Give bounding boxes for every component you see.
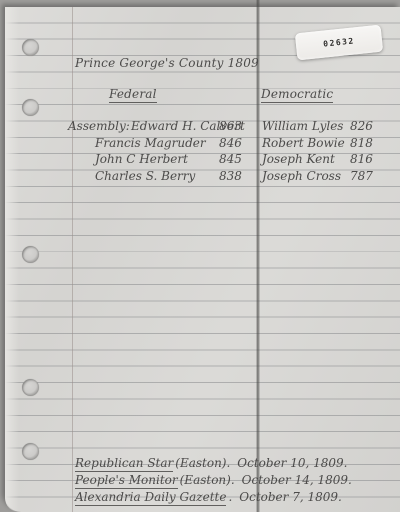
result-row: Assembly: Edward H. Calvert 863 William … (0, 119, 400, 136)
democratic-votes: 816 (350, 152, 373, 167)
federal-votes: 838 (219, 169, 242, 184)
ruled-lines (5, 7, 400, 510)
punch-hole (22, 99, 39, 116)
publication-location: (Easton). (175, 456, 230, 470)
margin-rule-line (72, 7, 73, 512)
punch-hole (22, 379, 39, 396)
result-row: John C Herbert 845 Joseph Kent 816 (0, 152, 400, 169)
federal-votes: 863 (219, 119, 242, 134)
democratic-votes: 787 (350, 169, 373, 184)
democratic-candidate: Joseph Kent (262, 152, 335, 167)
federal-votes: 846 (219, 136, 242, 151)
federal-candidate: Francis Magruder (95, 136, 206, 151)
democratic-votes: 818 (350, 136, 373, 151)
federal-header-label: Federal (109, 87, 157, 103)
publication-date: October 10, 1809. (237, 456, 347, 470)
punch-hole (22, 246, 39, 263)
result-row: Francis Magruder 846 Robert Bowie 818 (0, 136, 400, 153)
center-fold-line (256, 0, 260, 512)
democratic-header-label: Democratic (261, 87, 333, 103)
page-torn-edge (5, 7, 19, 512)
publication-date: October 7, 1809. (239, 490, 342, 504)
democratic-candidate: Joseph Cross (262, 169, 341, 184)
source-citation: Alexandria Daily Gazette.October 7, 1809… (75, 486, 342, 503)
office-label: Assembly: (68, 119, 130, 134)
column-header-federal: Federal (109, 87, 157, 102)
federal-votes: 845 (219, 152, 242, 167)
source-citation: Republican Star(Easton).October 10, 1809… (75, 452, 348, 469)
source-citation: People's Monitor(Easton).October 14, 180… (75, 469, 352, 486)
punch-hole (22, 39, 39, 56)
publication-location: . (228, 490, 232, 504)
democratic-votes: 826 (350, 119, 373, 134)
democratic-candidate: William Lyles (262, 119, 343, 134)
result-row: Charles S. Berry 838 Joseph Cross 787 (0, 169, 400, 186)
democratic-candidate: Robert Bowie (262, 136, 345, 151)
publication-name: Alexandria Daily Gazette (75, 490, 226, 506)
column-header-democratic: Democratic (261, 87, 333, 102)
page-title: Prince George's County 1809 (75, 56, 259, 71)
scanned-notebook-page: { "document": { "catalog_number": "02632… (0, 0, 400, 512)
federal-candidate: John C Herbert (95, 152, 188, 167)
catalog-number: 02632 (323, 36, 355, 48)
federal-candidate: Charles S. Berry (95, 169, 195, 184)
publication-date: October 14, 1809. (242, 473, 352, 487)
publication-location: (Easton). (180, 473, 235, 487)
punch-hole (22, 443, 39, 460)
